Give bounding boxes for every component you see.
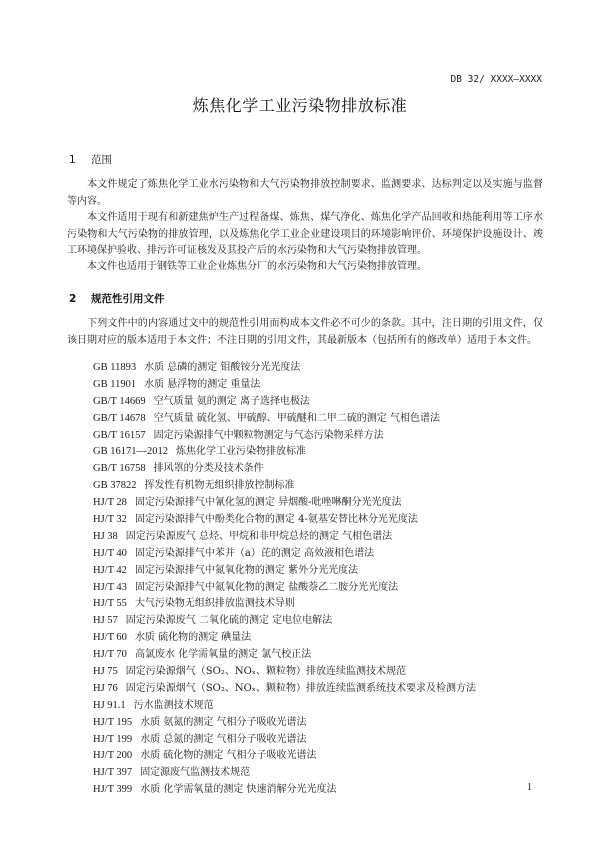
reference-title: 水质 总磷的测定 钼酸铵分光光度法 (144, 362, 300, 373)
document-title: 炼焦化学工业污染物排放标准 (0, 93, 600, 116)
reference-code: HJ/T 397 (93, 767, 132, 778)
reference-code: HJ/T 40 (93, 548, 127, 559)
reference-title: 空气质量 氨的测定 离子选择电极法 (154, 396, 310, 407)
reference-item: HJ/T 70高氯废水 化学需氧量的测定 氯气校正法 (93, 647, 476, 664)
reference-code: HJ 38 (93, 531, 118, 542)
reference-code: HJ 91.1 (93, 700, 126, 711)
reference-item: GB 37822挥发性有机物无组织排放控制标准 (93, 478, 476, 495)
reference-title: 固定污染源废气 总烃、甲烷和非甲烷总烃的测定 气相色谱法 (126, 531, 392, 542)
reference-title: 固定污染源排气中酚类化合物的测定 4-氨基安替比林分光光度法 (135, 514, 418, 525)
reference-title: 水质 悬浮物的测定 重量法 (144, 379, 260, 390)
reference-code: GB/T 16157 (93, 430, 146, 441)
reference-item: HJ/T 397固定源废气监测技术规范 (93, 765, 476, 782)
reference-code: GB/T 14669 (93, 396, 146, 407)
reference-item: GB 11893水质 总磷的测定 钼酸铵分光光度法 (93, 360, 476, 377)
reference-item: HJ/T 60水质 硫化物的测定 碘量法 (93, 630, 476, 647)
reference-code: HJ/T 200 (93, 750, 132, 761)
reference-title: 固定污染源排气中苯并（a）芘的测定 高效液相色谱法 (135, 548, 374, 559)
reference-title: 污水监测技术规范 (134, 700, 214, 711)
reference-item: HJ 91.1污水监测技术规范 (93, 698, 476, 715)
reference-item: GB 16171—2012炼焦化学工业污染物排放标准 (93, 444, 476, 461)
reference-code: GB 11893 (93, 362, 136, 373)
reference-code: HJ/T 55 (93, 598, 127, 609)
reference-code: HJ/T 199 (93, 734, 132, 745)
reference-item: HJ 75固定污染源烟气（SO₂、NOₓ、颗粒物）排放连续监测技术规范 (93, 664, 476, 681)
reference-title: 大气污染物无组织排放监测技术导则 (135, 598, 295, 609)
reference-title: 水质 硫化物的测定 气相分子吸收光谱法 (140, 750, 316, 761)
reference-code: HJ/T 32 (93, 514, 127, 525)
reference-item: HJ/T 43固定污染源排气中氮氧化物的测定 盐酸萘乙二胺分光光度法 (93, 580, 476, 597)
section-2-heading: 2规范性引用文件 (69, 291, 165, 306)
reference-item: HJ/T 28固定污染源排气中氰化氢的测定 异烟酸-吡唑啉酮分光光度法 (93, 495, 476, 512)
standard-code: DB 32/ XXXX—XXXX (450, 74, 542, 85)
reference-title: 固定源废气监测技术规范 (140, 767, 250, 778)
reference-item: GB/T 14669空气质量 氨的测定 离子选择电极法 (93, 394, 476, 411)
reference-title: 固定污染源烟气（SO₂、NOₓ、颗粒物）排放连续监测系统技术要求及检测方法 (126, 683, 476, 694)
reference-code: HJ 57 (93, 615, 118, 626)
reference-item: HJ/T 32固定污染源排气中酚类化合物的测定 4-氨基安替比林分光光度法 (93, 512, 476, 529)
reference-title: 固定污染源排气中氮氧化物的测定 盐酸萘乙二胺分光光度法 (135, 582, 398, 593)
paragraph: 下列文件中的内容通过文中的规范性引用而构成本文件必不可少的条款。其中，注日期的引… (67, 316, 543, 349)
reference-item: HJ/T 195水质 氨氮的测定 气相分子吸收光谱法 (93, 715, 476, 732)
reference-code: HJ 75 (93, 666, 118, 677)
reference-code: GB 11901 (93, 379, 136, 390)
reference-code: HJ/T 70 (93, 649, 127, 660)
page-number: 1 (527, 782, 532, 793)
reference-code: HJ/T 42 (93, 565, 127, 576)
reference-code: GB/T 14678 (93, 413, 146, 424)
reference-code: GB 16171—2012 (93, 446, 168, 457)
reference-title: 高氯废水 化学需氧量的测定 氯气校正法 (135, 649, 311, 660)
reference-item: HJ 76固定污染源烟气（SO₂、NOₓ、颗粒物）排放连续监测系统技术要求及检测… (93, 681, 476, 698)
reference-title: 固定污染源烟气（SO₂、NOₓ、颗粒物）排放连续监测技术规范 (126, 666, 406, 677)
reference-item: HJ/T 42固定污染源排气中氮氧化物的测定 紫外分光光度法 (93, 563, 476, 580)
reference-title: 空气质量 硫化氢、甲硫醇、甲硫醚和二甲二硫的测定 气相色谱法 (154, 413, 440, 424)
section-number: 2 (69, 293, 91, 305)
reference-item: GB/T 14678空气质量 硫化氢、甲硫醇、甲硫醚和二甲二硫的测定 气相色谱法 (93, 411, 476, 428)
reference-item: HJ/T 399水质 化学需氧量的测定 快速消解分光光度法 (93, 782, 476, 799)
reference-code: HJ 76 (93, 683, 118, 694)
paragraph: 本文件也适用于钢铁等工业企业炼焦分厂的水污染物和大气污染物排放管理。 (67, 259, 543, 276)
reference-item: HJ/T 40固定污染源排气中苯并（a）芘的测定 高效液相色谱法 (93, 546, 476, 563)
reference-title: 水质 化学需氧量的测定 快速消解分光光度法 (140, 784, 336, 795)
reference-title: 水质 氨氮的测定 气相分子吸收光谱法 (140, 717, 306, 728)
reference-title: 固定污染源废气 二氧化硫的测定 定电位电解法 (126, 615, 332, 626)
reference-title: 固定污染源排气中氰化氢的测定 异烟酸-吡唑啉酮分光光度法 (135, 497, 402, 508)
reference-code: HJ/T 28 (93, 497, 127, 508)
section-title: 规范性引用文件 (91, 293, 165, 305)
reference-item: HJ 57固定污染源废气 二氧化硫的测定 定电位电解法 (93, 613, 476, 630)
reference-code: GB 37822 (93, 480, 136, 491)
paragraph: 本文件规定了炼焦化学工业水污染物和大气污染物排放控制要求、监测要求、达标判定以及… (67, 177, 543, 210)
reference-title: 固定污染源排气中氮氧化物的测定 紫外分光光度法 (135, 565, 358, 576)
section-number: 1 (69, 154, 91, 166)
reference-code: HJ/T 195 (93, 717, 132, 728)
reference-title: 挥发性有机物无组织排放控制标准 (144, 480, 294, 491)
reference-title: 炼焦化学工业污染物排放标准 (176, 446, 306, 457)
section-1-heading: 1范围 (69, 152, 112, 167)
reference-item: HJ 38固定污染源废气 总烃、甲烷和非甲烷总烃的测定 气相色谱法 (93, 529, 476, 546)
reference-item: HJ/T 55大气污染物无组织排放监测技术导则 (93, 596, 476, 613)
reference-code: GB/T 16758 (93, 463, 146, 474)
reference-item: GB/T 16758排风罩的分类及技术条件 (93, 461, 476, 478)
reference-title: 水质 硫化物的测定 碘量法 (135, 632, 251, 643)
section-title: 范围 (91, 154, 112, 166)
paragraph: 本文件适用于现有和新建焦炉生产过程备煤、炼焦、煤气净化、炼焦化学产品回收和热能利… (67, 210, 543, 260)
reference-code: HJ/T 43 (93, 582, 127, 593)
reference-item: GB/T 16157固定污染源排气中颗粒物测定与气态污染物采样方法 (93, 428, 476, 445)
reference-title: 排风罩的分类及技术条件 (154, 463, 264, 474)
reference-title: 固定污染源排气中颗粒物测定与气态污染物采样方法 (154, 430, 384, 441)
reference-code: HJ/T 399 (93, 784, 132, 795)
reference-item: GB 11901水质 悬浮物的测定 重量法 (93, 377, 476, 394)
reference-title: 水质 总氮的测定 气相分子吸收光谱法 (140, 734, 306, 745)
normative-references-list: GB 11893水质 总磷的测定 钼酸铵分光光度法 GB 11901水质 悬浮物… (93, 360, 476, 799)
reference-item: HJ/T 200水质 硫化物的测定 气相分子吸收光谱法 (93, 748, 476, 765)
reference-code: HJ/T 60 (93, 632, 127, 643)
reference-item: HJ/T 199水质 总氮的测定 气相分子吸收光谱法 (93, 732, 476, 749)
